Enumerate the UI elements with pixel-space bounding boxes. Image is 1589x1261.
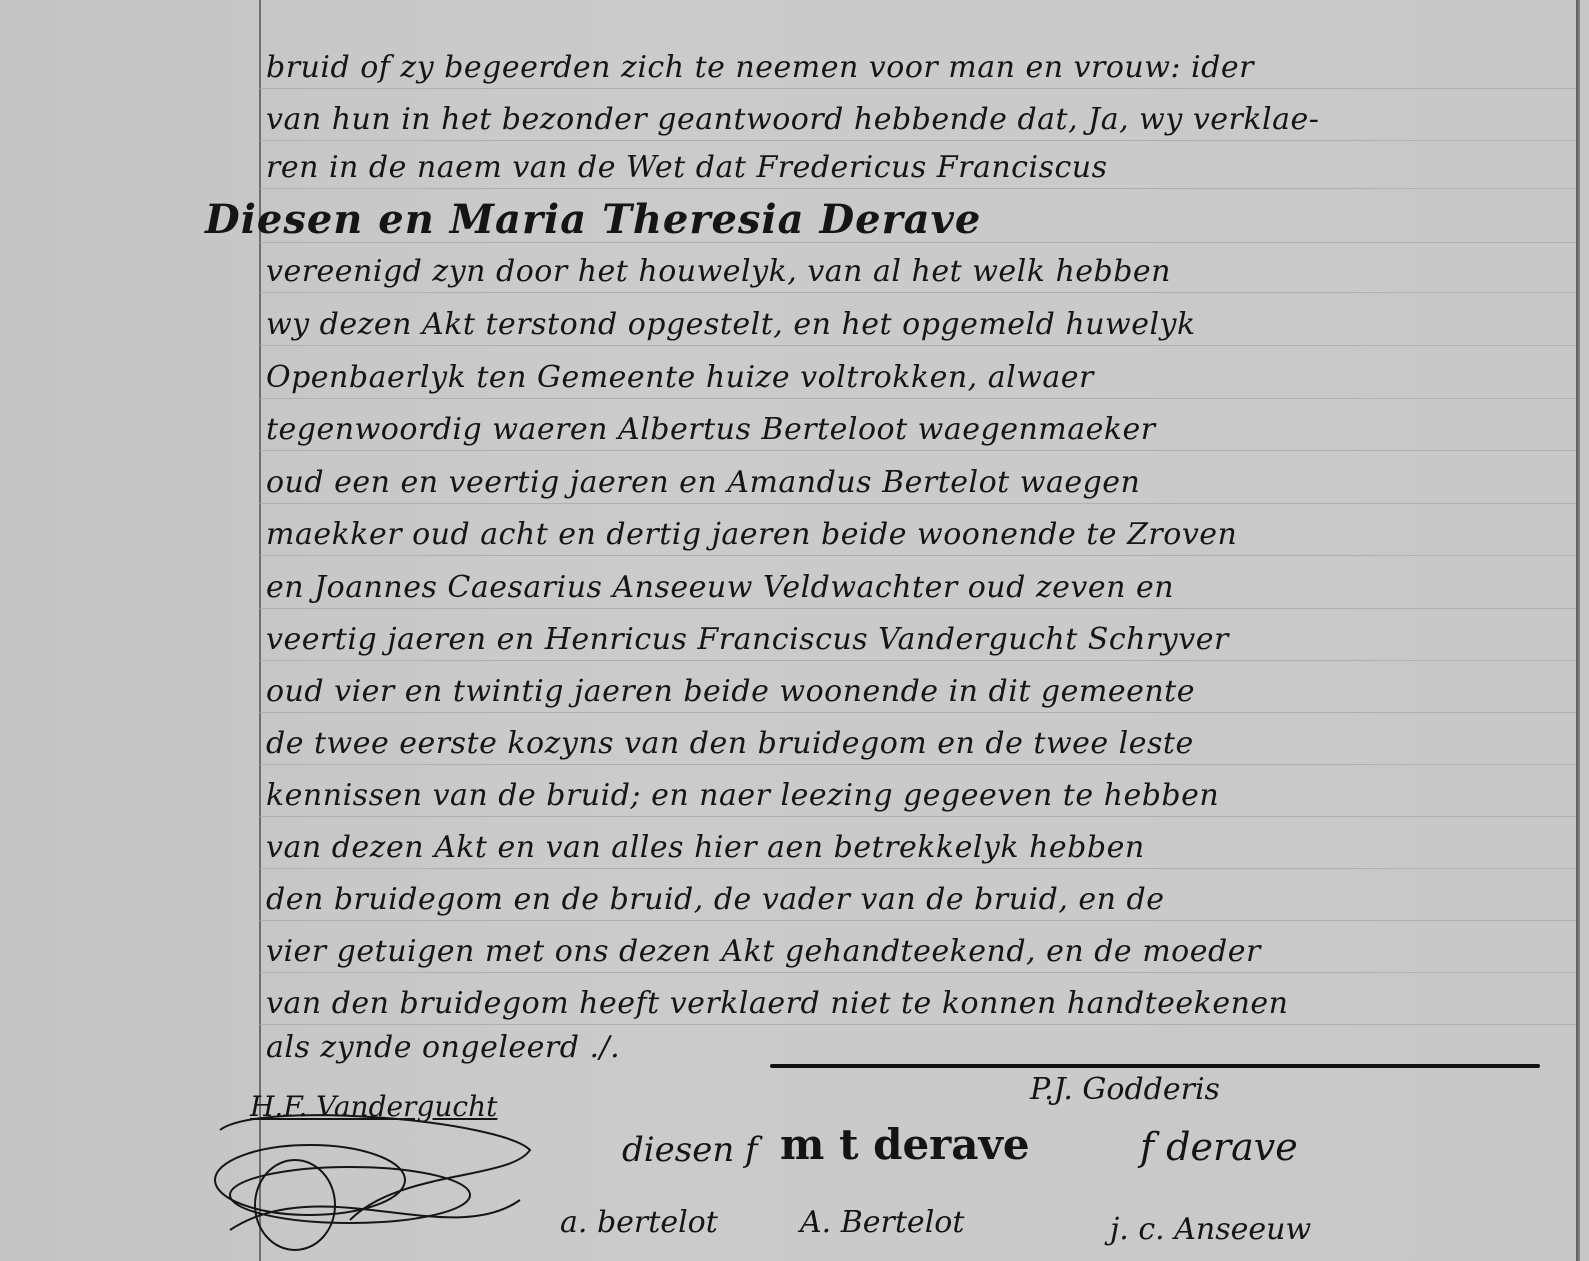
ruled-line — [260, 292, 1576, 293]
text-line: tegenwoordig waeren Albertus Berteloot w… — [266, 412, 1566, 447]
ruled-line — [260, 608, 1576, 609]
text-line: oud vier en twintig jaeren beide woonend… — [266, 674, 1566, 709]
text-line: bruid of zy begeerden zich te neemen voo… — [266, 50, 1566, 85]
witness-signature: A. Bertelot — [800, 1205, 964, 1240]
text-line: van hun in het bezonder geantwoord hebbe… — [266, 102, 1566, 137]
margin-rule — [259, 0, 261, 1261]
ruled-line — [260, 140, 1576, 141]
ruled-line — [260, 1024, 1576, 1025]
witness-signature: j. c. Anseeuw — [1110, 1212, 1311, 1247]
page-edge — [1576, 0, 1580, 1261]
signature-flourish-icon — [200, 1110, 540, 1260]
ruled-line — [260, 920, 1576, 921]
text-line: van den bruidegom heeft verklaerd niet t… — [266, 986, 1566, 1021]
text-line: Openbaerlyk ten Gemeente huize voltrokke… — [266, 360, 1566, 395]
text-line: en Joannes Caesarius Anseeuw Veldwachter… — [266, 570, 1566, 605]
ruled-line — [260, 868, 1576, 869]
couple-names-line: Diesen en Maria Theresia Derave — [205, 196, 1505, 243]
ruled-line — [260, 764, 1576, 765]
text-line: oud een en veertig jaeren en Amandus Ber… — [266, 465, 1566, 500]
text-line: ren in de naem van de Wet dat Fredericus… — [266, 150, 1566, 185]
ruled-line — [260, 88, 1576, 89]
groom-signature: diesen f — [622, 1130, 758, 1170]
text-line: den bruidegom en de bruid, de vader van … — [266, 882, 1566, 917]
text-line: van dezen Akt en van alles hier aen betr… — [266, 830, 1566, 865]
ruled-line — [260, 188, 1576, 189]
witness-signature: a. bertelot — [560, 1205, 718, 1240]
official-signature: P.J. Godderis — [1030, 1072, 1220, 1107]
bride-signature: m t derave — [780, 1120, 1030, 1169]
closing-rule — [770, 1064, 1540, 1068]
text-line: de twee eerste kozyns van den bruidegom … — [266, 726, 1566, 761]
text-line: als zynde ongeleerd ./. — [266, 1030, 1566, 1065]
bride-father-signature: f derave — [1140, 1125, 1298, 1169]
ruled-line — [260, 503, 1576, 504]
ruled-line — [260, 816, 1576, 817]
ruled-line — [260, 972, 1576, 973]
text-line: vier getuigen met ons dezen Akt gehandte… — [266, 934, 1566, 969]
ruled-line — [260, 712, 1576, 713]
registrar-signature: H.F. Vandergucht — [250, 1090, 497, 1123]
ruled-line — [260, 660, 1576, 661]
ruled-line — [260, 398, 1576, 399]
text-line: maekker oud acht en dertig jaeren beide … — [266, 517, 1566, 552]
text-line: wy dezen Akt terstond opgestelt, en het … — [266, 307, 1566, 342]
text-line: vereenigd zyn door het houwelyk, van al … — [266, 254, 1566, 289]
document-page: bruid of zy begeerden zich te neemen voo… — [0, 0, 1589, 1261]
text-line: kennissen van de bruid; en naer leezing … — [266, 778, 1566, 813]
ruled-line — [260, 450, 1576, 451]
ruled-line — [260, 345, 1576, 346]
text-line: veertig jaeren en Henricus Franciscus Va… — [266, 622, 1566, 657]
ruled-line — [260, 555, 1576, 556]
